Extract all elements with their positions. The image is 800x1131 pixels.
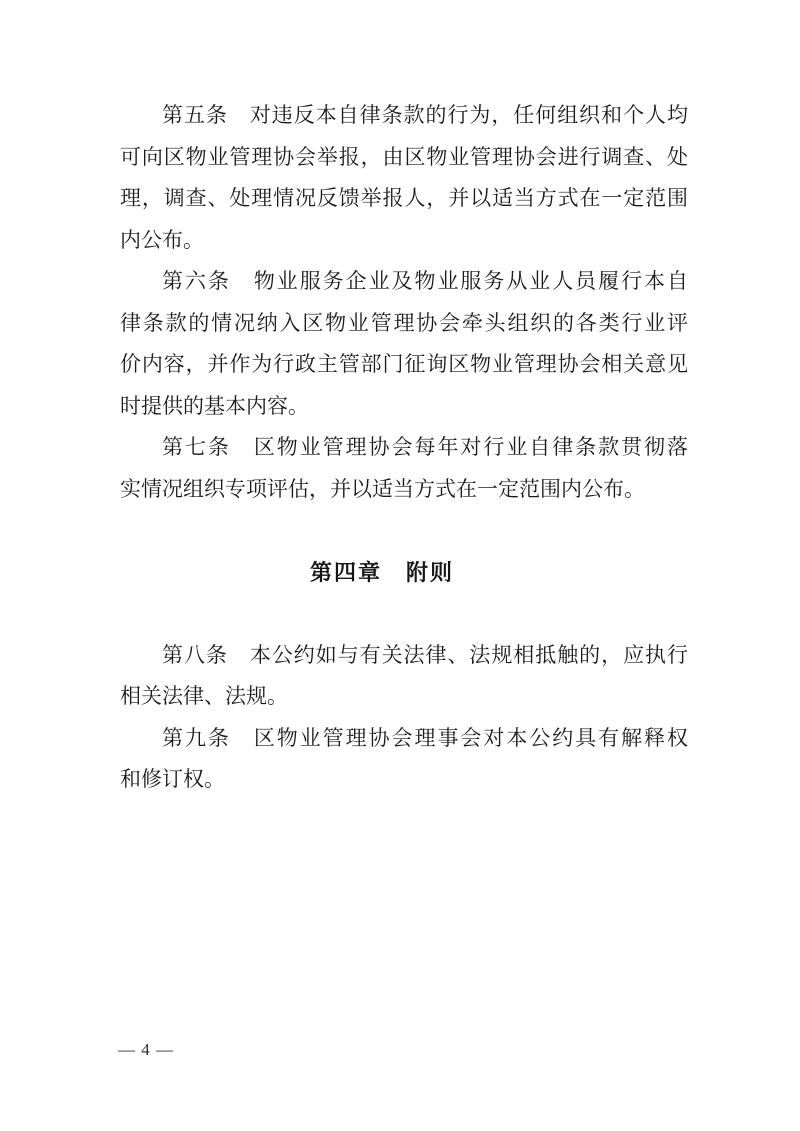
text-line: 第七条 区物业管理协会每年对行业自律条款贯彻落 <box>120 427 688 469</box>
text-line: 第八条 本公约如与有关法律、法规相抵触的，应执行 <box>120 635 688 677</box>
paragraph-article-6: 第六条 物业服务企业及物业服务从业人员履行本自 律条款的情况纳入区物业管理协会牵… <box>120 261 688 427</box>
document-page: 第五条 对违反本自律条款的行为，任何组织和个人均 可向区物业管理协会举报，由区物… <box>0 0 800 1131</box>
text-line: 理，调查、处理情况反馈举报人，并以适当方式在一定范围 <box>120 178 688 220</box>
text-line: 可向区物业管理协会举报，由区物业管理协会进行调查、处 <box>120 137 688 179</box>
text-line: 价内容，并作为行政主管部门征询区物业管理协会相关意见 <box>120 344 688 386</box>
paragraph-article-8: 第八条 本公约如与有关法律、法规相抵触的，应执行 相关法律、法规。 <box>120 635 688 718</box>
text-line: 律条款的情况纳入区物业管理协会牵头组织的各类行业评 <box>120 303 688 345</box>
chapter-heading: 第四章 附则 <box>98 552 666 594</box>
text-line: 时提供的基本内容。 <box>120 386 688 428</box>
document-body: 第五条 对违反本自律条款的行为，任何组织和个人均 可向区物业管理协会举报，由区物… <box>120 95 688 801</box>
text-line: 第九条 区物业管理协会理事会对本公约具有解释权 <box>120 718 688 760</box>
text-line: 内公布。 <box>120 220 688 262</box>
text-line: 第五条 对违反本自律条款的行为，任何组织和个人均 <box>120 95 688 137</box>
text-line: 实情况组织专项评估，并以适当方式在一定范围内公布。 <box>120 469 688 511</box>
paragraph-article-5: 第五条 对违反本自律条款的行为，任何组织和个人均 可向区物业管理协会举报，由区物… <box>120 95 688 261</box>
text-line: 相关法律、法规。 <box>120 676 688 718</box>
page-number: — 4 — <box>118 1040 174 1060</box>
paragraph-article-9: 第九条 区物业管理协会理事会对本公约具有解释权 和修订权。 <box>120 718 688 801</box>
text-line: 和修订权。 <box>120 759 688 801</box>
paragraph-article-7: 第七条 区物业管理协会每年对行业自律条款贯彻落 实情况组织专项评估，并以适当方式… <box>120 427 688 510</box>
text-line: 第六条 物业服务企业及物业服务从业人员履行本自 <box>120 261 688 303</box>
